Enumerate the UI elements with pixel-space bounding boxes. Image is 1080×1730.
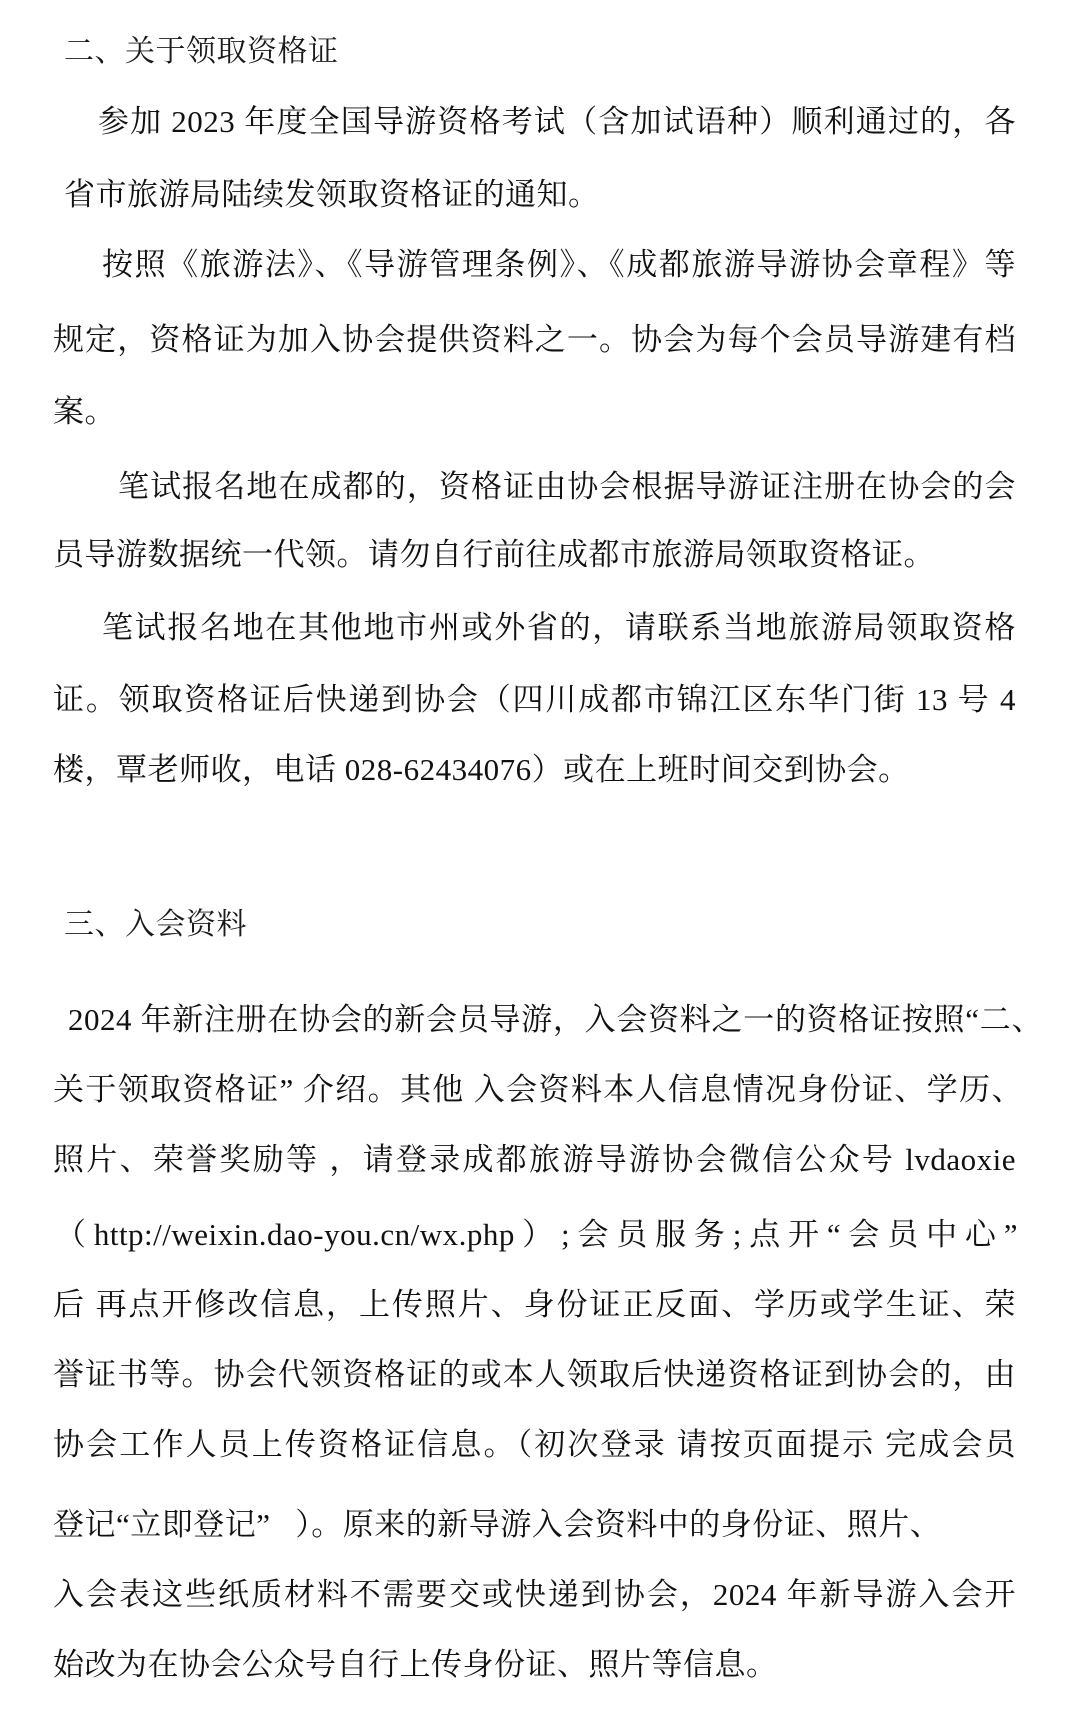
paragraph-line: 誉证书等。协会代领资格证的或本人领取后快递资格证到协会的，由 xyxy=(53,1355,1016,1395)
paragraph-line: 省市旅游局陆续发领取资格证的通知。 xyxy=(64,175,600,215)
paragraph-line: 楼，覃老师收，电话 028-62434076）或在上班时间交到协会。 xyxy=(53,750,910,790)
paragraph-line: 规定，资格证为加入协会提供资料之一。协会为每个会员导游建有档 xyxy=(53,320,1016,360)
paragraph-line: 登记“立即登记” ）。原来的新导游入会资料中的身份证、照片、 xyxy=(53,1505,941,1545)
paragraph-line: 后 再点开修改信息，上传照片、身份证正反面、学历或学生证、荣 xyxy=(53,1285,1016,1325)
paragraph-line: 笔试报名地在成都的，资格证由协会根据导游证注册在协会的会 xyxy=(118,467,1016,507)
paragraph-line: 协会工作人员上传资格证信息。（初次登录 请按页面提示 完成会员 xyxy=(53,1425,1016,1465)
section-heading-certificate: 二、关于领取资格证 xyxy=(64,32,339,72)
paragraph-line: 参加 2023 年度全国导游资格考试（含加试语种）顺利通过的，各 xyxy=(98,102,1016,142)
section-heading-membership-materials: 三、入会资料 xyxy=(64,905,247,945)
paragraph-line: 员导游数据统一代领。请勿自行前往成都市旅游局领取资格证。 xyxy=(53,535,935,575)
paragraph-line: 证。领取资格证后快递到协会（四川成都市锦江区东华门街 13 号 4 xyxy=(53,680,1016,720)
paragraph-line: 照片、荣誉奖励等 ，请登录成都旅游导游协会微信公众号 lvdaoxie xyxy=(53,1140,1016,1180)
paragraph-line: 2024 年新注册在协会的新会员导游，入会资料之一的资格证按照“二、 xyxy=(68,1000,1043,1040)
paragraph-line: 关于领取资格证” 介绍。其他 入会资料本人信息情况身份证、学历、 xyxy=(53,1070,1023,1110)
paragraph-line: 笔试报名地在其他地市州或外省的，请联系当地旅游局领取资格 xyxy=(102,608,1016,648)
paragraph-line: 案。 xyxy=(53,392,116,432)
paragraph-line: 入会表这些纸质材料不需要交或快递到协会，2024 年新导游入会开 xyxy=(53,1575,1016,1615)
paragraph-line: 按照《旅游法》、《导游管理条例》、《成都旅游导游协会章程》等 xyxy=(102,245,1016,285)
url-line: （http://weixin.dao-you.cn/wx.php）;会员服务;点… xyxy=(55,1215,1018,1255)
paragraph-line: 始改为在协会公众号自行上传身份证、照片等信息。 xyxy=(53,1645,778,1685)
